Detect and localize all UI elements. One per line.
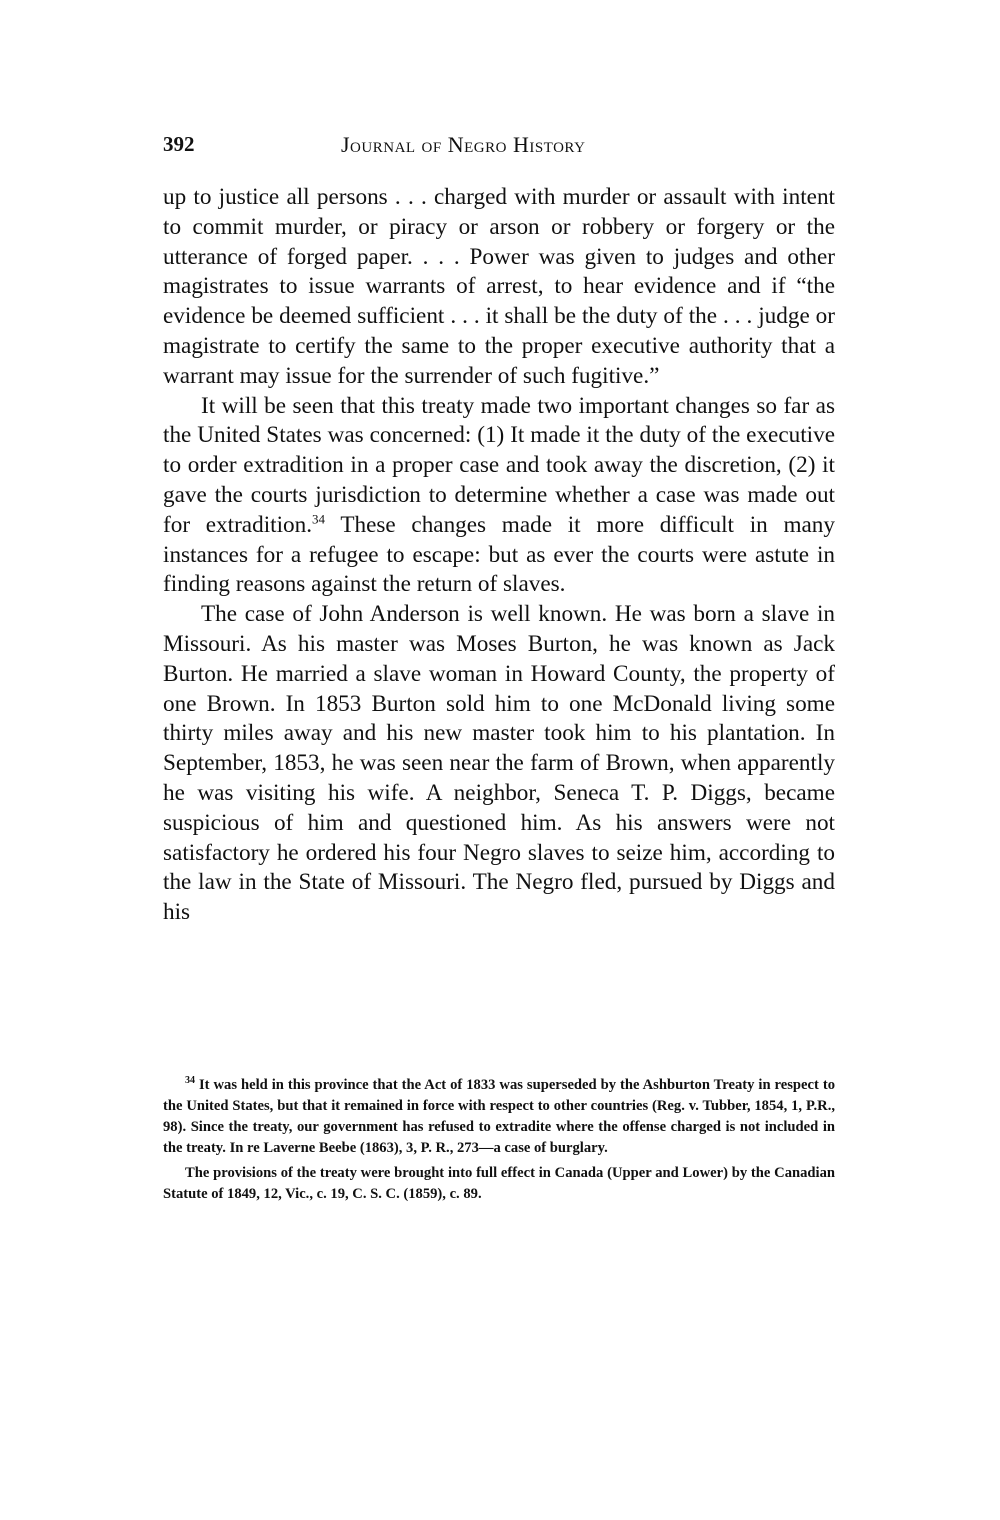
footnote-mark: 34 [185,1075,195,1086]
running-title: Journal of Negro History [341,132,585,158]
footnote-continuation: The provisions of the treaty were brough… [163,1163,835,1205]
paragraph-john-anderson: The case of John Anderson is well known.… [163,600,835,928]
footnote-text: It was held in this province that the Ac… [163,1077,835,1156]
body-text: up to justice all persons . . . charged … [163,183,835,928]
paragraph-quote-continuation: up to justice all persons . . . charged … [163,183,835,392]
page-header: 392 Journal of Negro History [163,132,835,162]
footnote-reference: 34 [312,511,325,526]
footnote-34: 34 It was held in this province that the… [163,1075,835,1159]
footnotes: 34 It was held in this province that the… [163,1075,835,1205]
paragraph-treaty-changes: It will be seen that this treaty made tw… [163,392,835,601]
page-number: 392 [163,132,195,157]
